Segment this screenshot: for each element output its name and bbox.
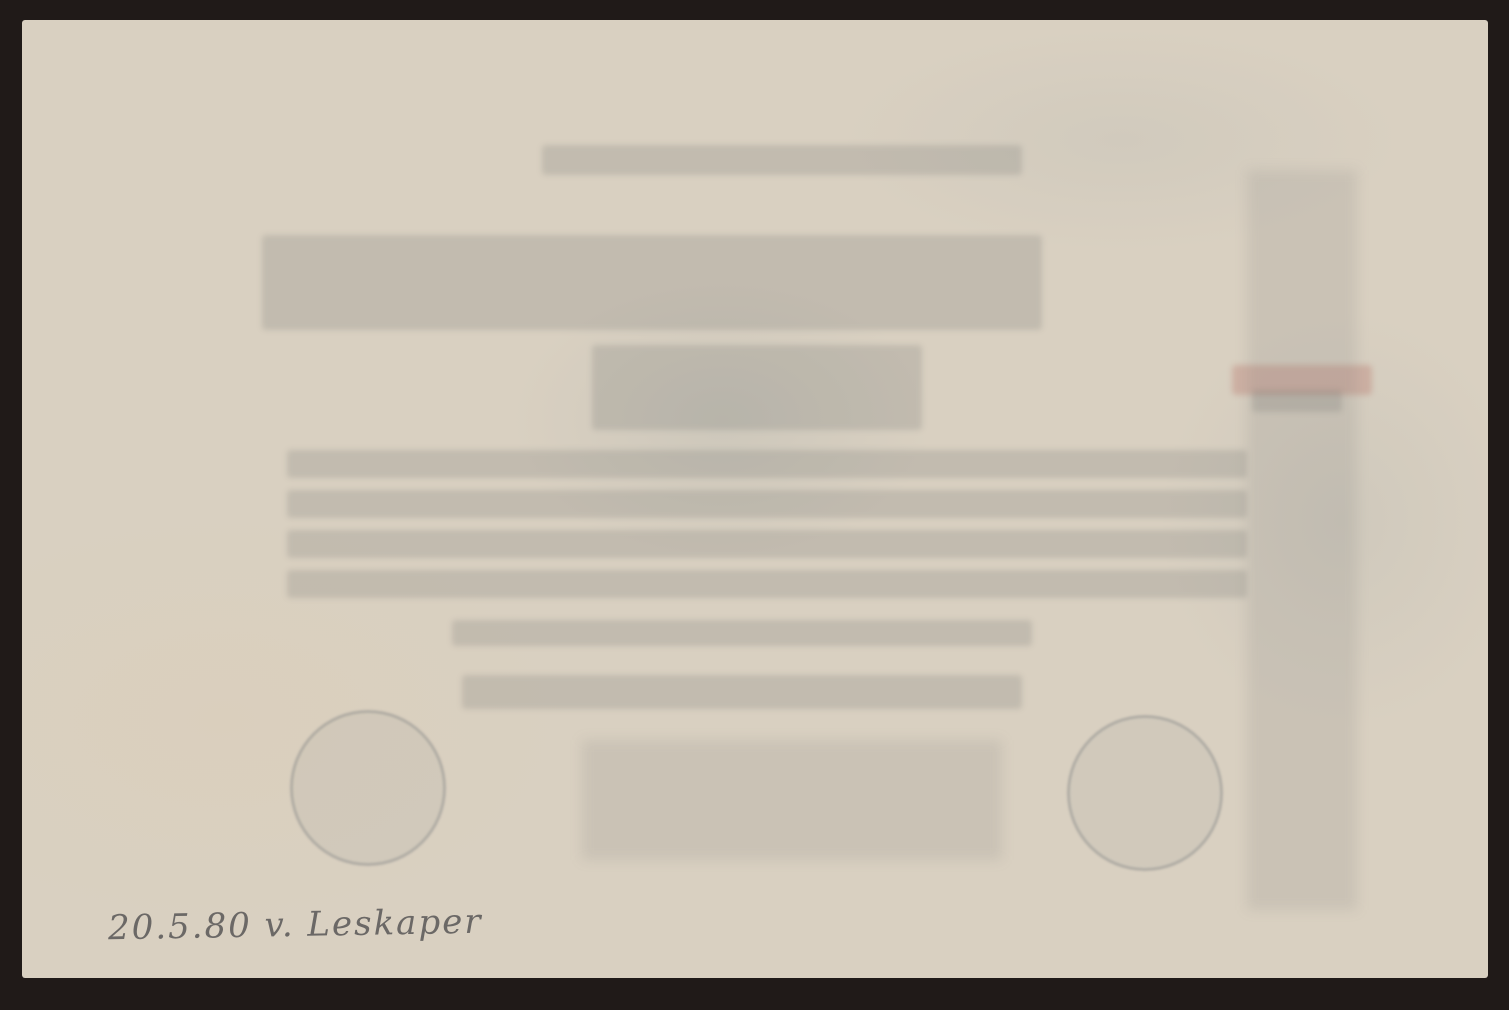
show-through-top-line xyxy=(542,145,1022,175)
show-through-bottom-ornament xyxy=(582,740,1002,860)
seal-stamp-left xyxy=(290,710,446,866)
pencil-annotation: 20.5.80 v. Leskaper xyxy=(108,902,483,949)
show-through-title-line-1 xyxy=(262,235,1042,330)
show-through-right-border xyxy=(1247,170,1357,910)
banknote xyxy=(22,20,1488,978)
show-through-text-line-1 xyxy=(287,450,1247,478)
seal-stamp-right xyxy=(1067,715,1223,871)
show-through-text-line-3 xyxy=(287,530,1247,558)
show-through-text-line-4 xyxy=(287,570,1247,598)
show-through-title-line-2 xyxy=(592,345,922,430)
show-through-signature-line xyxy=(462,675,1022,709)
show-through-text-line-2 xyxy=(287,490,1247,518)
show-through-date-line xyxy=(452,620,1032,646)
